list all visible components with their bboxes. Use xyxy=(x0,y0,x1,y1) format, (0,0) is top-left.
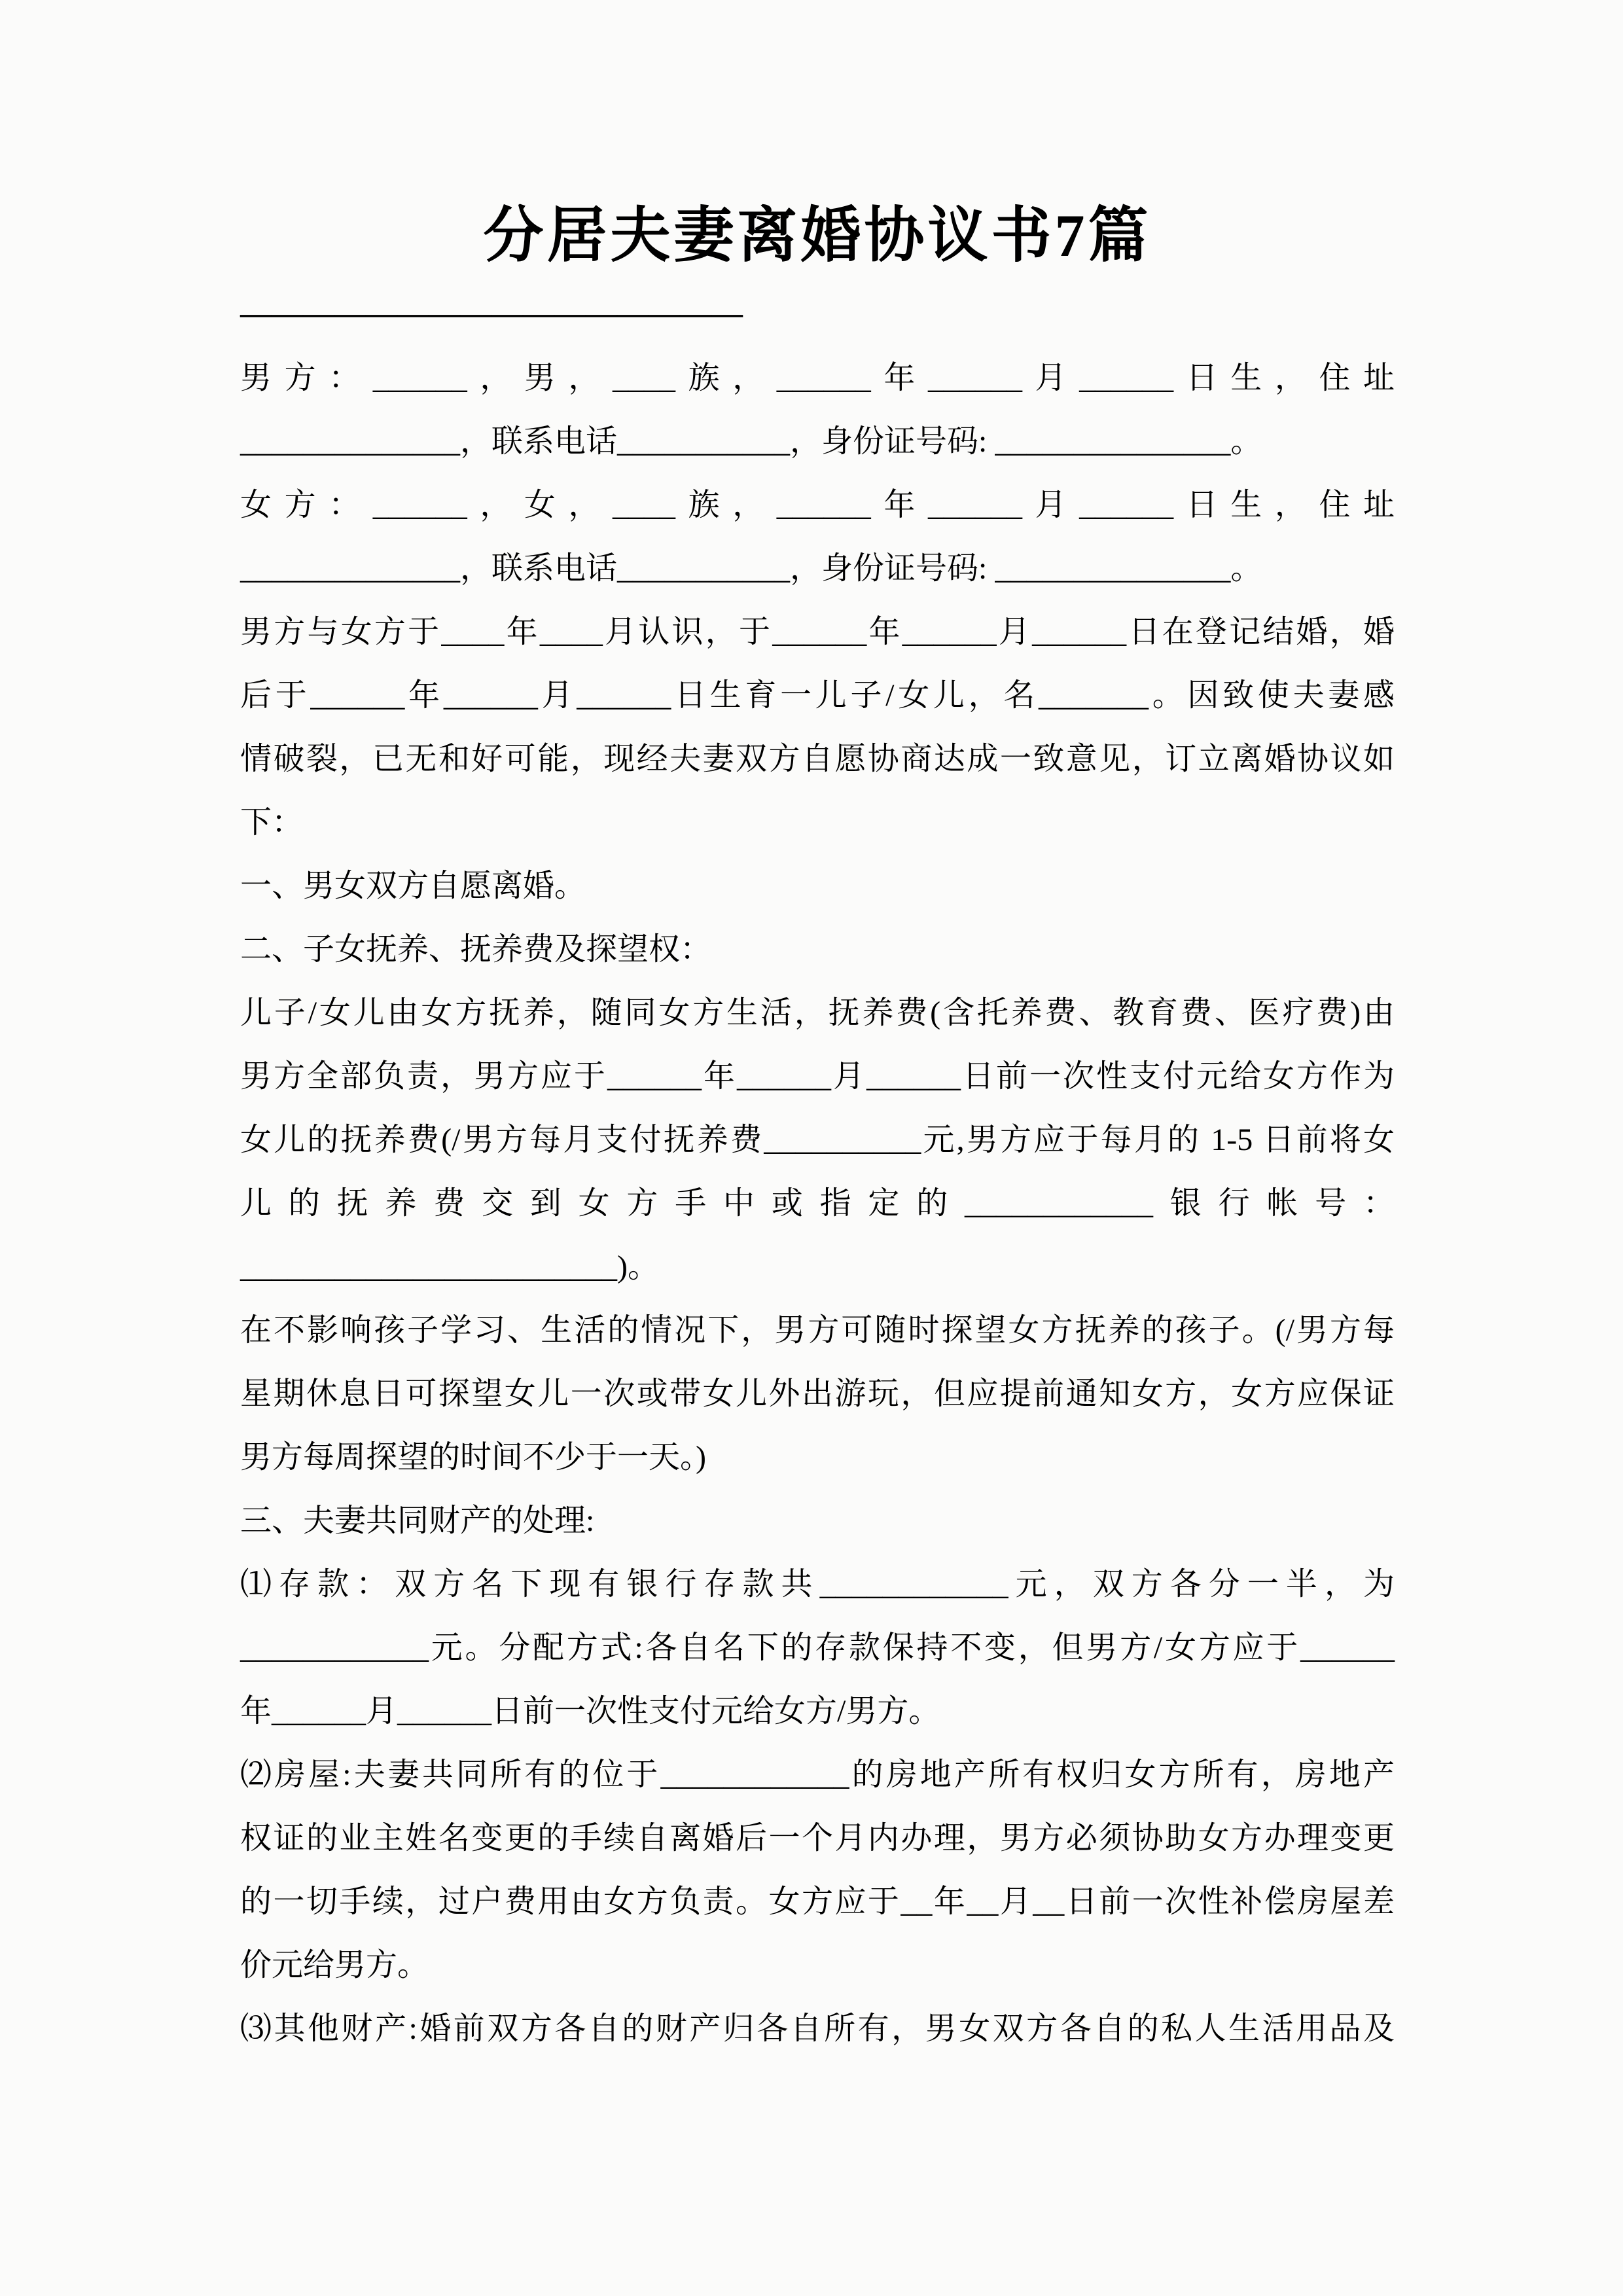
text-line: ______________，联系电话___________，身份证号码: __… xyxy=(240,537,1395,600)
text-line: 下： xyxy=(240,791,1395,854)
text-line: 在不影响孩子学习、生活的情况下，男方可随时探望女方抚养的孩子。(/男方每 xyxy=(240,1299,1395,1362)
text-line: 儿子/女儿由女方抚养，随同女方生活，抚养费(含托养费、教育费、医疗费)由 xyxy=(240,981,1395,1045)
text-line: 儿的抚养费交到女方手中或指定的____________银行帐号： xyxy=(240,1172,1395,1235)
text-line: 权证的业主姓名变更的手续自离婚后一个月内办理，男方必须协助女方办理变更 xyxy=(240,1806,1395,1870)
text-line: 一、男女双方自愿离婚。 xyxy=(240,854,1395,918)
text-line: ⑵房屋:夫妻共同所有的位于____________的房地产所有权归女方所有，房地… xyxy=(240,1743,1395,1806)
text-line: 星期休息日可探望女儿一次或带女儿外出游玩，但应提前通知女方，女方应保证 xyxy=(240,1362,1395,1426)
text-line: 二、子女抚养、抚养费及探望权： xyxy=(240,918,1395,981)
text-line: ____________元。分配方式:各自名下的存款保持不变，但男方/女方应于_… xyxy=(240,1616,1395,1679)
dash-separator: ———————————————— xyxy=(240,281,1395,345)
document-page: 分居夫妻离婚协议书7篇 ———————————————— 男方：______，男… xyxy=(0,0,1623,2296)
text-line: 年______月______日前一次性支付元给女方/男方。 xyxy=(240,1679,1395,1743)
text-line: 女儿的抚养费(/男方每月支付抚养费__________元,男方应于每月的 1-5… xyxy=(240,1108,1395,1172)
text-line: 男方全部负责，男方应于______年______月______日前一次性支付元给… xyxy=(240,1045,1395,1108)
document-body: 男方：______，男，____族，______年______月______日生… xyxy=(240,346,1395,2060)
text-line: 女方：______，女，____族，______年______月______日生… xyxy=(240,473,1395,537)
text-line: ⑶其他财产:婚前双方各自的财产归各自所有，男女双方各自的私人生活用品及 xyxy=(240,1997,1395,2060)
text-line: 情破裂，已无和好可能，现经夫妻双方自愿协商达成一致意见，订立离婚协议如 xyxy=(240,727,1395,791)
text-line: 男方每周探望的时间不少于一天。) xyxy=(240,1426,1395,1489)
text-line: 男方：______，男，____族，______年______月______日生… xyxy=(240,346,1395,410)
text-line: 三、夫妻共同财产的处理: xyxy=(240,1489,1395,1552)
document-title: 分居夫妻离婚协议书7篇 xyxy=(240,187,1395,285)
text-line: 的一切手续，过户费用由女方负责。女方应于__年__月__日前一次性补偿房屋差 xyxy=(240,1870,1395,1933)
text-line: 价元给男方。 xyxy=(240,1933,1395,1997)
text-line: ______________，联系电话___________，身份证号码: __… xyxy=(240,410,1395,473)
text-line: ⑴存款：双方名下现有银行存款共____________元，双方各分一半，为 xyxy=(240,1552,1395,1616)
text-line: 后于______年______月______日生育一儿子/女儿，名_______… xyxy=(240,664,1395,727)
text-line: ________________________)。 xyxy=(240,1235,1395,1299)
text-line: 男方与女方于____年____月认识，于______年______月______… xyxy=(240,600,1395,664)
